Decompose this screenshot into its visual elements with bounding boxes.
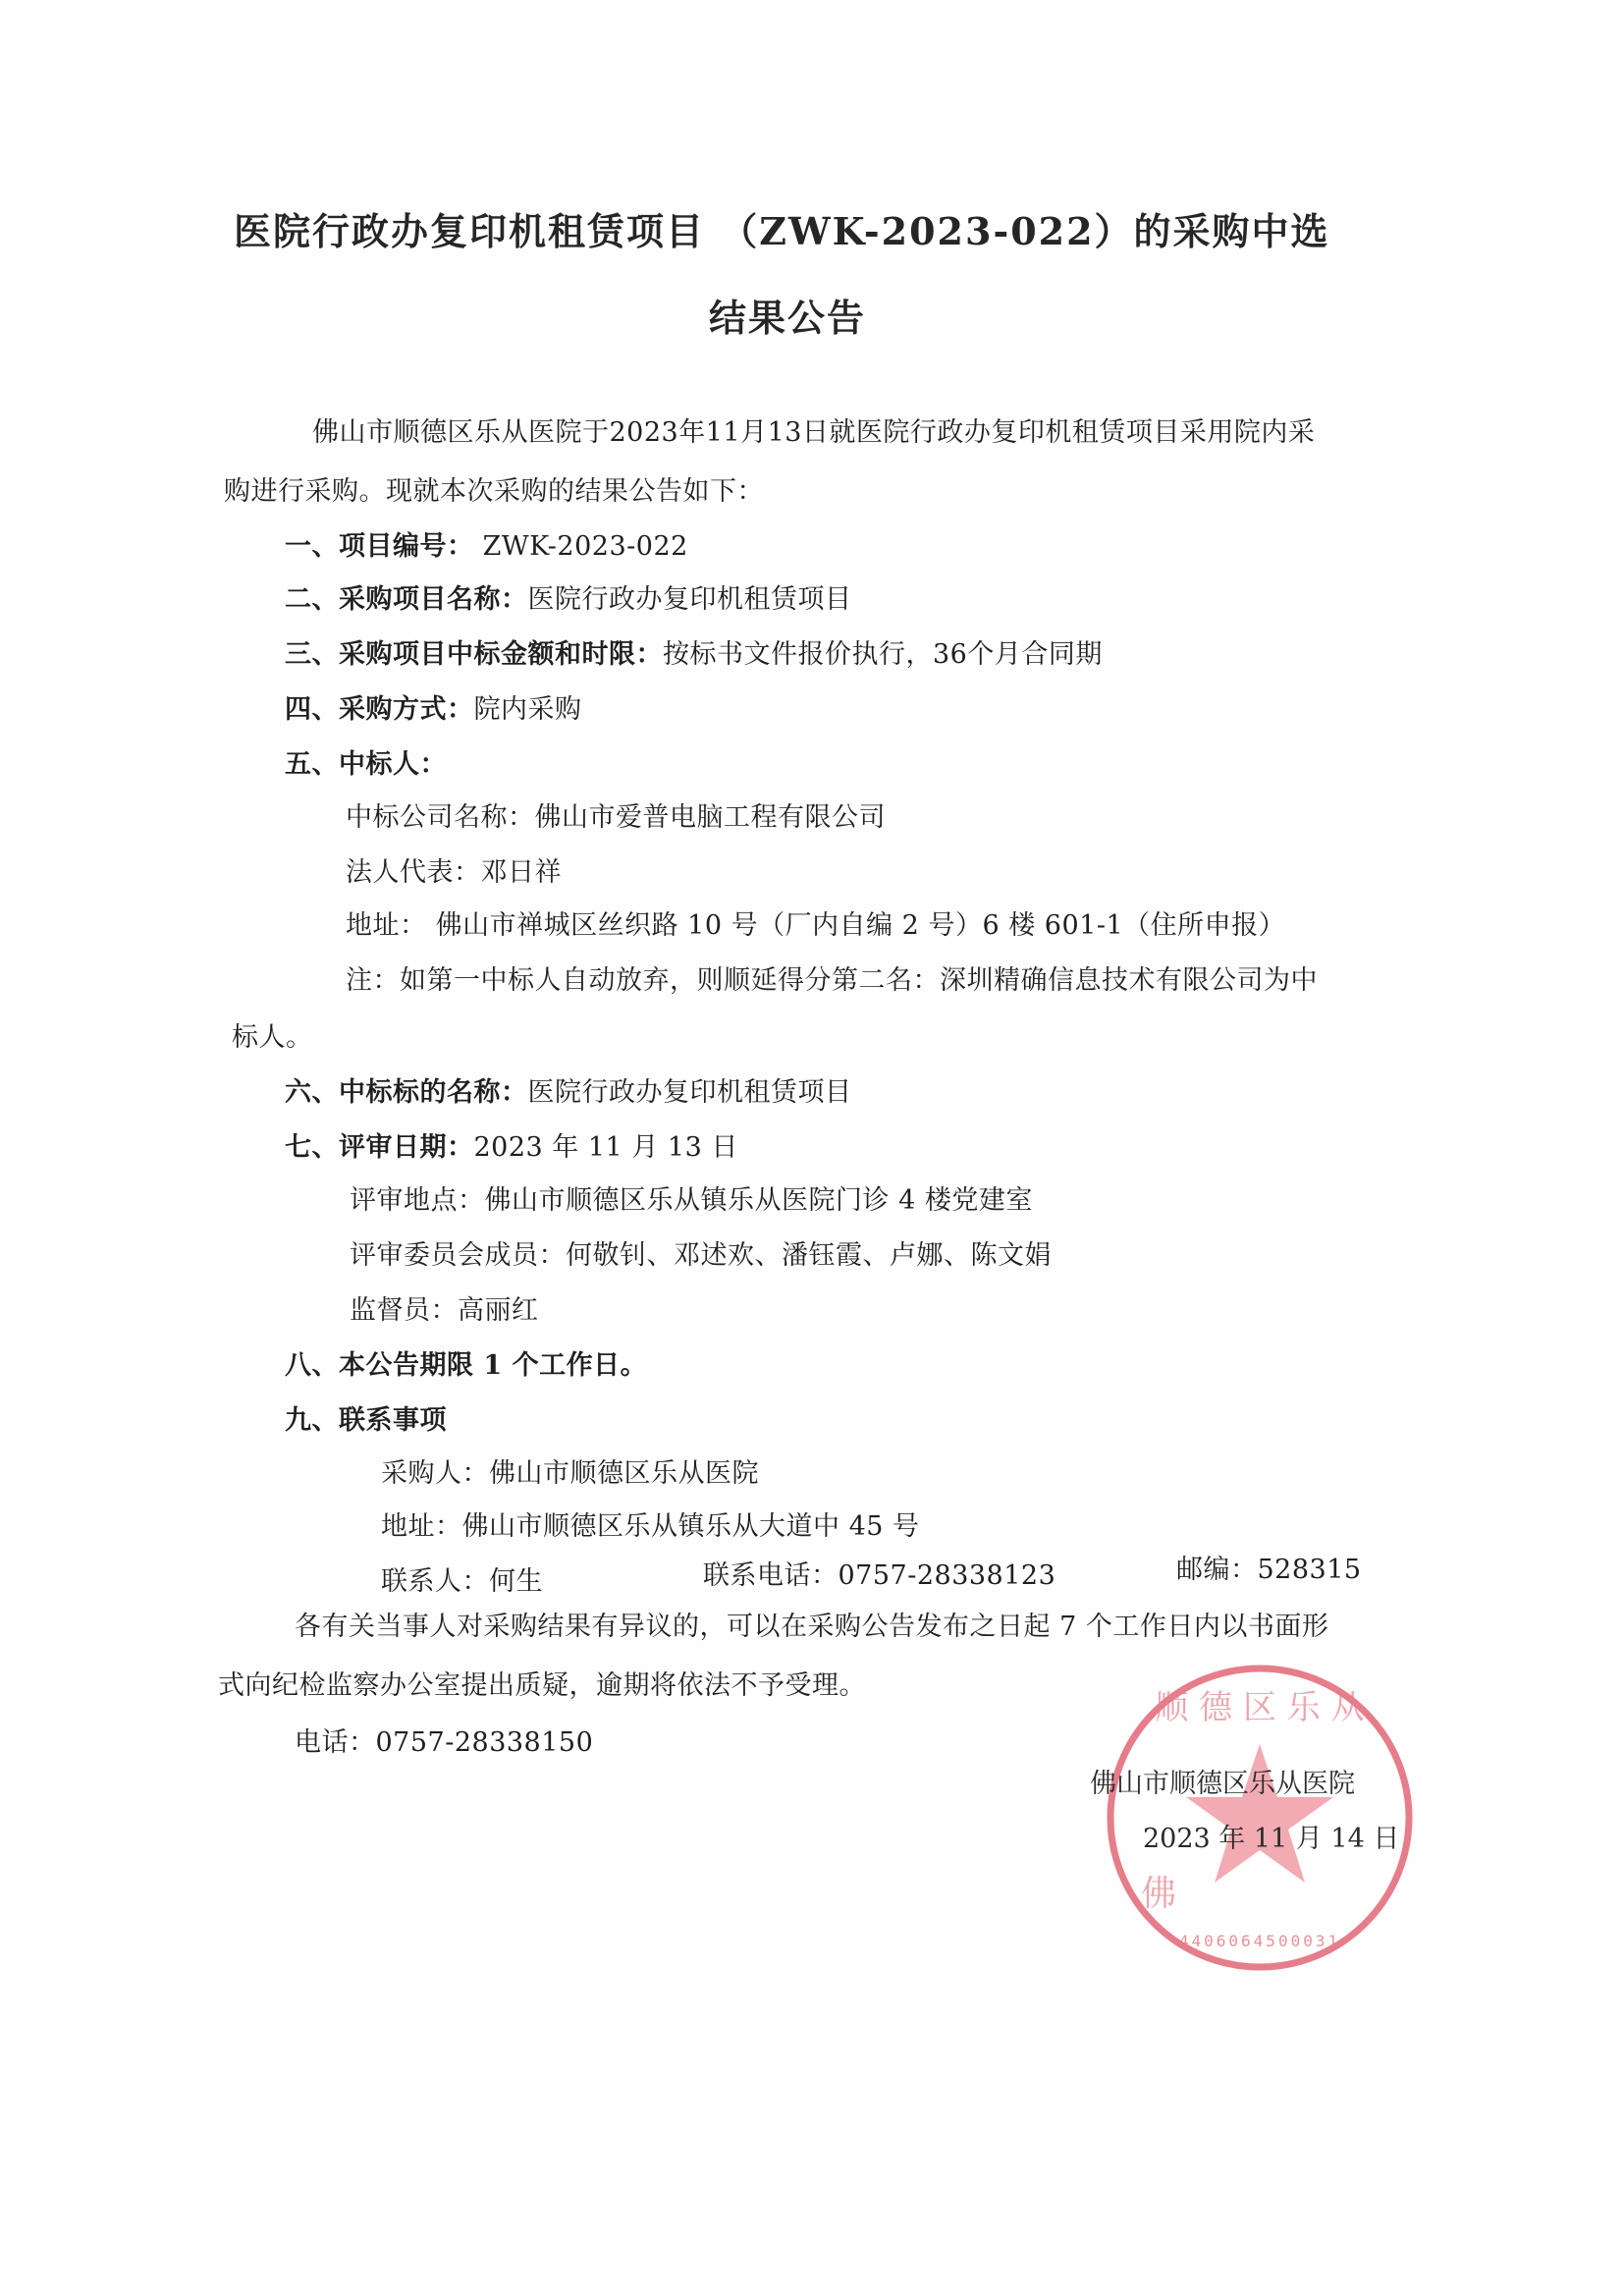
svg-text:4406064500031: 4406064500031 [1179, 1932, 1340, 1950]
svg-text:顺 德 区 乐 从: 顺 德 区 乐 从 [1155, 1688, 1364, 1727]
objection-line1: 各有关当事人对采购结果有异议的，可以在采购公告发布之日起 7 个工作日内以书面形 [295, 1611, 1328, 1644]
project-name-value: 医院行政办复印机租赁项目 [528, 584, 852, 615]
objection-line2: 式向纪检监察办公室提出质疑，逾期将依法不予受理。 [218, 1669, 866, 1703]
section-label: 二、采购项目名称： [285, 584, 528, 615]
section-label: 六、中标标的名称： [285, 1077, 528, 1108]
document-title-line1: 医院行政办复印机租赁项目 （ZWK-2023-022）的采购中选 [234, 208, 1330, 255]
section-label: 七、评审日期： [285, 1132, 474, 1163]
winner-note-line1: 注：如第一中标人自动放弃，则顺延得分第二名：深圳精确信息技术有限公司为中 [346, 964, 1318, 998]
intro-paragraph-line2: 购进行采购。现就本次采购的结果公告如下： [224, 475, 764, 509]
official-seal-icon: 顺 德 区 乐 从 佛 4406064500031 [1102, 1660, 1418, 1976]
signature-date: 2023 年 11 月 14 日 [1143, 1823, 1399, 1856]
section-label: 三、采购项目中标金额和时限： [285, 639, 663, 670]
contact-postcode: 邮编：528315 [1176, 1554, 1362, 1587]
section-project-name: 二、采购项目名称：医院行政办复印机租赁项目 [285, 583, 852, 617]
contact-person: 联系人：何生 [381, 1565, 543, 1599]
project-number-value: ZWK-2023-022 [474, 531, 688, 562]
winner-address: 地址： 佛山市禅城区丝织路 10 号（厂内自编 2 号）6 楼 601-1（住所… [346, 909, 1285, 943]
contact-address: 地址：佛山市顺德区乐从镇乐从大道中 45 号 [381, 1510, 920, 1544]
review-location: 评审地点：佛山市顺德区乐从镇乐从医院门诊 4 楼党建室 [350, 1184, 1033, 1218]
winner-note-line2: 标人。 [232, 1021, 313, 1055]
winner-legal-rep: 法人代表：邓日祥 [346, 856, 562, 890]
complaint-phone: 电话：0757-28338150 [295, 1726, 593, 1760]
section-label: 一、项目编号： [285, 531, 474, 562]
document-title-line2: 结果公告 [709, 295, 866, 342]
signature-organization: 佛山市顺德区乐从医院 [1090, 1768, 1355, 1801]
review-date-value: 2023 年 11 月 13 日 [474, 1132, 738, 1163]
contact-purchaser: 采购人：佛山市顺德区乐从医院 [381, 1457, 759, 1491]
tender-subject-value: 医院行政办复印机租赁项目 [528, 1077, 852, 1108]
section-procurement-method: 四、采购方式：院内采购 [285, 693, 582, 727]
document-page: 医院行政办复印机租赁项目 （ZWK-2023-022）的采购中选 结果公告 佛山… [0, 0, 1623, 2296]
contact-phone: 联系电话：0757-28338123 [703, 1559, 1055, 1593]
section-project-number: 一、项目编号： ZWK-2023-022 [285, 530, 688, 564]
section-notice-period: 八、本公告期限 1 个工作日。 [285, 1349, 647, 1383]
amount-term-value: 按标书文件报价执行，36个月合同期 [663, 639, 1103, 670]
section-contact-label: 九、联系事项 [285, 1404, 447, 1438]
winner-company: 中标公司名称：佛山市爱普电脑工程有限公司 [346, 801, 886, 835]
svg-text:佛: 佛 [1141, 1874, 1176, 1914]
procurement-method-value: 院内采购 [474, 694, 582, 725]
section-review-date: 七、评审日期：2023 年 11 月 13 日 [285, 1131, 738, 1165]
section-amount-term: 三、采购项目中标金额和时限：按标书文件报价执行，36个月合同期 [285, 638, 1103, 672]
section-tender-subject: 六、中标标的名称：医院行政办复印机租赁项目 [285, 1076, 852, 1110]
section-winner-label: 五、中标人： [285, 748, 447, 782]
review-committee: 评审委员会成员：何敬钊、邓述欢、潘钰霞、卢娜、陈文娟 [350, 1239, 1052, 1273]
intro-paragraph-line1: 佛山市顺德区乐从医院于2023年11月13日就医院行政办复印机租赁项目采用院内采 [312, 416, 1315, 450]
review-supervisor: 监督员：高丽红 [350, 1294, 539, 1328]
section-label: 四、采购方式： [285, 694, 474, 725]
